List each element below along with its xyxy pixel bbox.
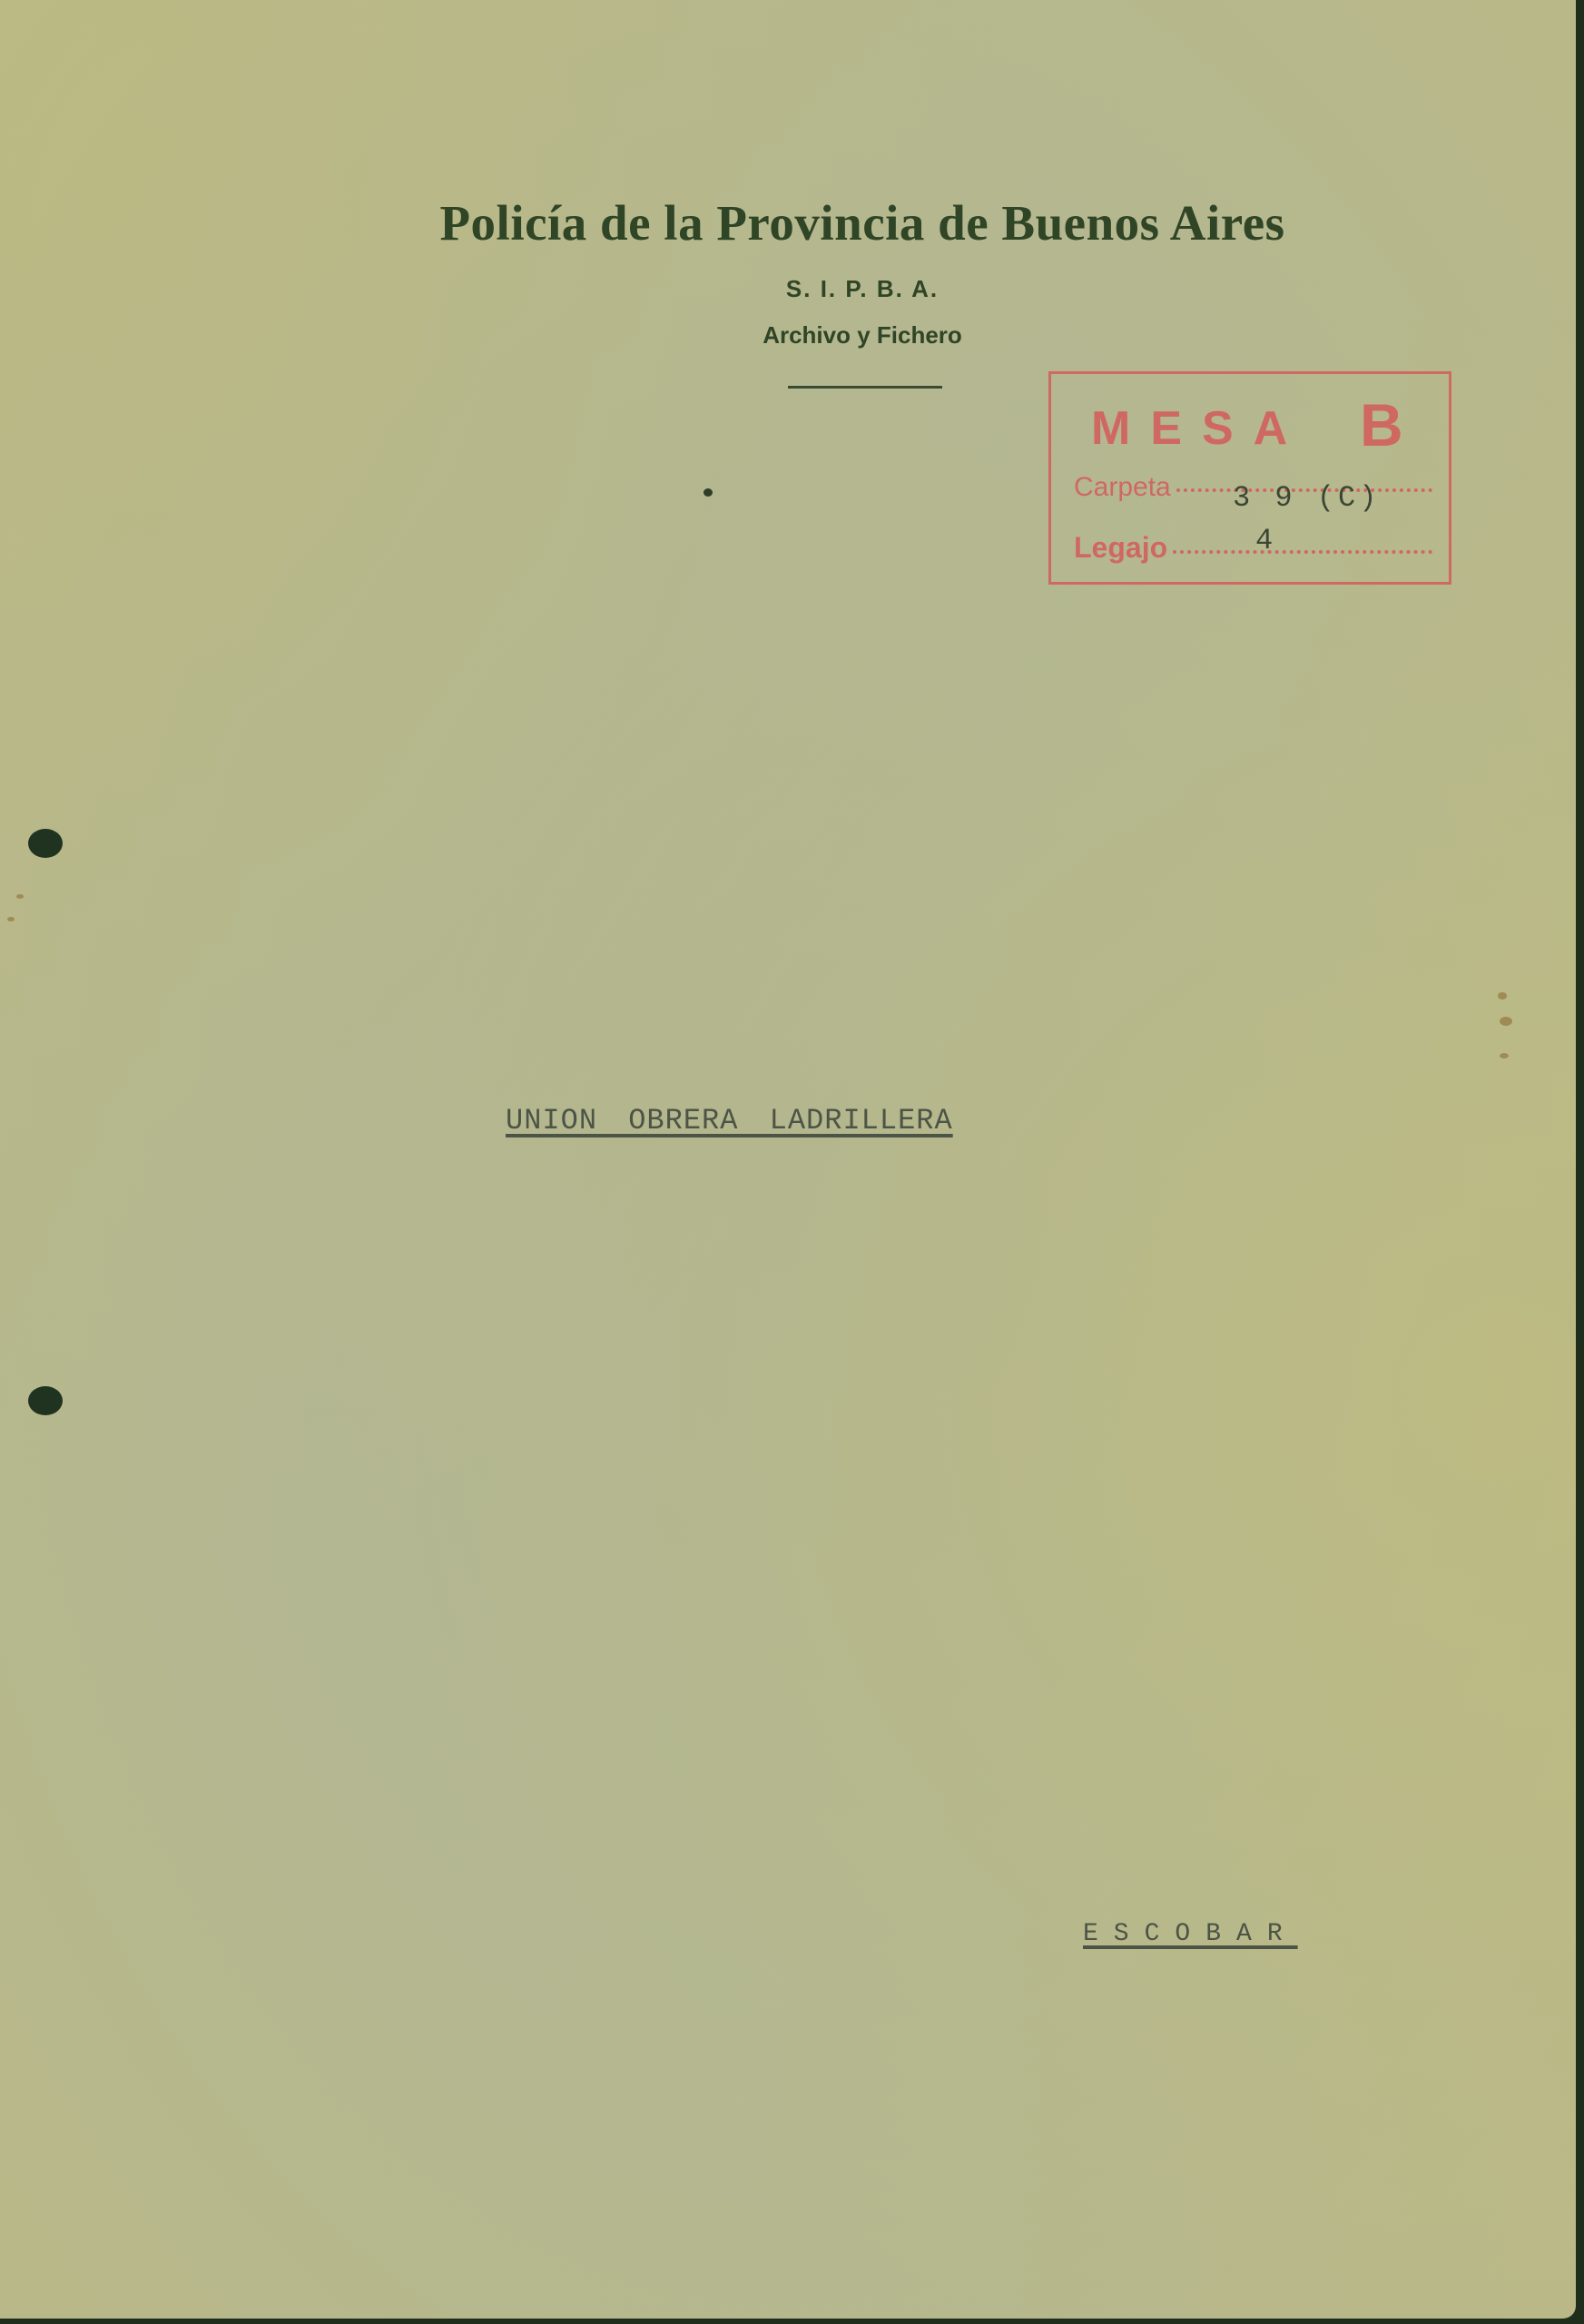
punch-hole-icon [28,829,63,858]
ink-dot [703,488,713,497]
dotted-line [1173,550,1432,554]
stain-mark [1500,1053,1509,1059]
subject-heading: UNION OBRERA LADRILLERA [506,1104,953,1137]
mesa-stamp: MESA B Carpeta Legajo 3 9 (C) 4 [1048,371,1451,585]
agency-acronym: S. I. P. B. A. [0,275,1584,303]
stain-mark [16,894,24,899]
header-divider [788,386,942,389]
stain-mark [7,917,15,921]
stamp-mesa-label: MESA [1091,401,1307,456]
stain-mark [1498,992,1507,1000]
punch-hole-icon [28,1386,63,1415]
stamp-legajo-row: Legajo [1074,531,1432,565]
stain-mark [1500,1017,1512,1026]
department-name: Archivo y Fichero [0,321,1584,350]
carpeta-value: 3 9 (C) [1233,481,1380,515]
document-page: Policía de la Provincia de Buenos Aires … [0,0,1576,2319]
location-label: ESCOBAR [1083,1920,1298,1948]
stamp-carpeta-label: Carpeta [1074,472,1171,503]
stamp-legajo-label: Legajo [1074,531,1167,565]
legajo-value: 4 [1255,524,1273,557]
stamp-mesa-letter: B [1360,390,1403,459]
page-title: Policía de la Provincia de Buenos Aires [0,194,1584,251]
